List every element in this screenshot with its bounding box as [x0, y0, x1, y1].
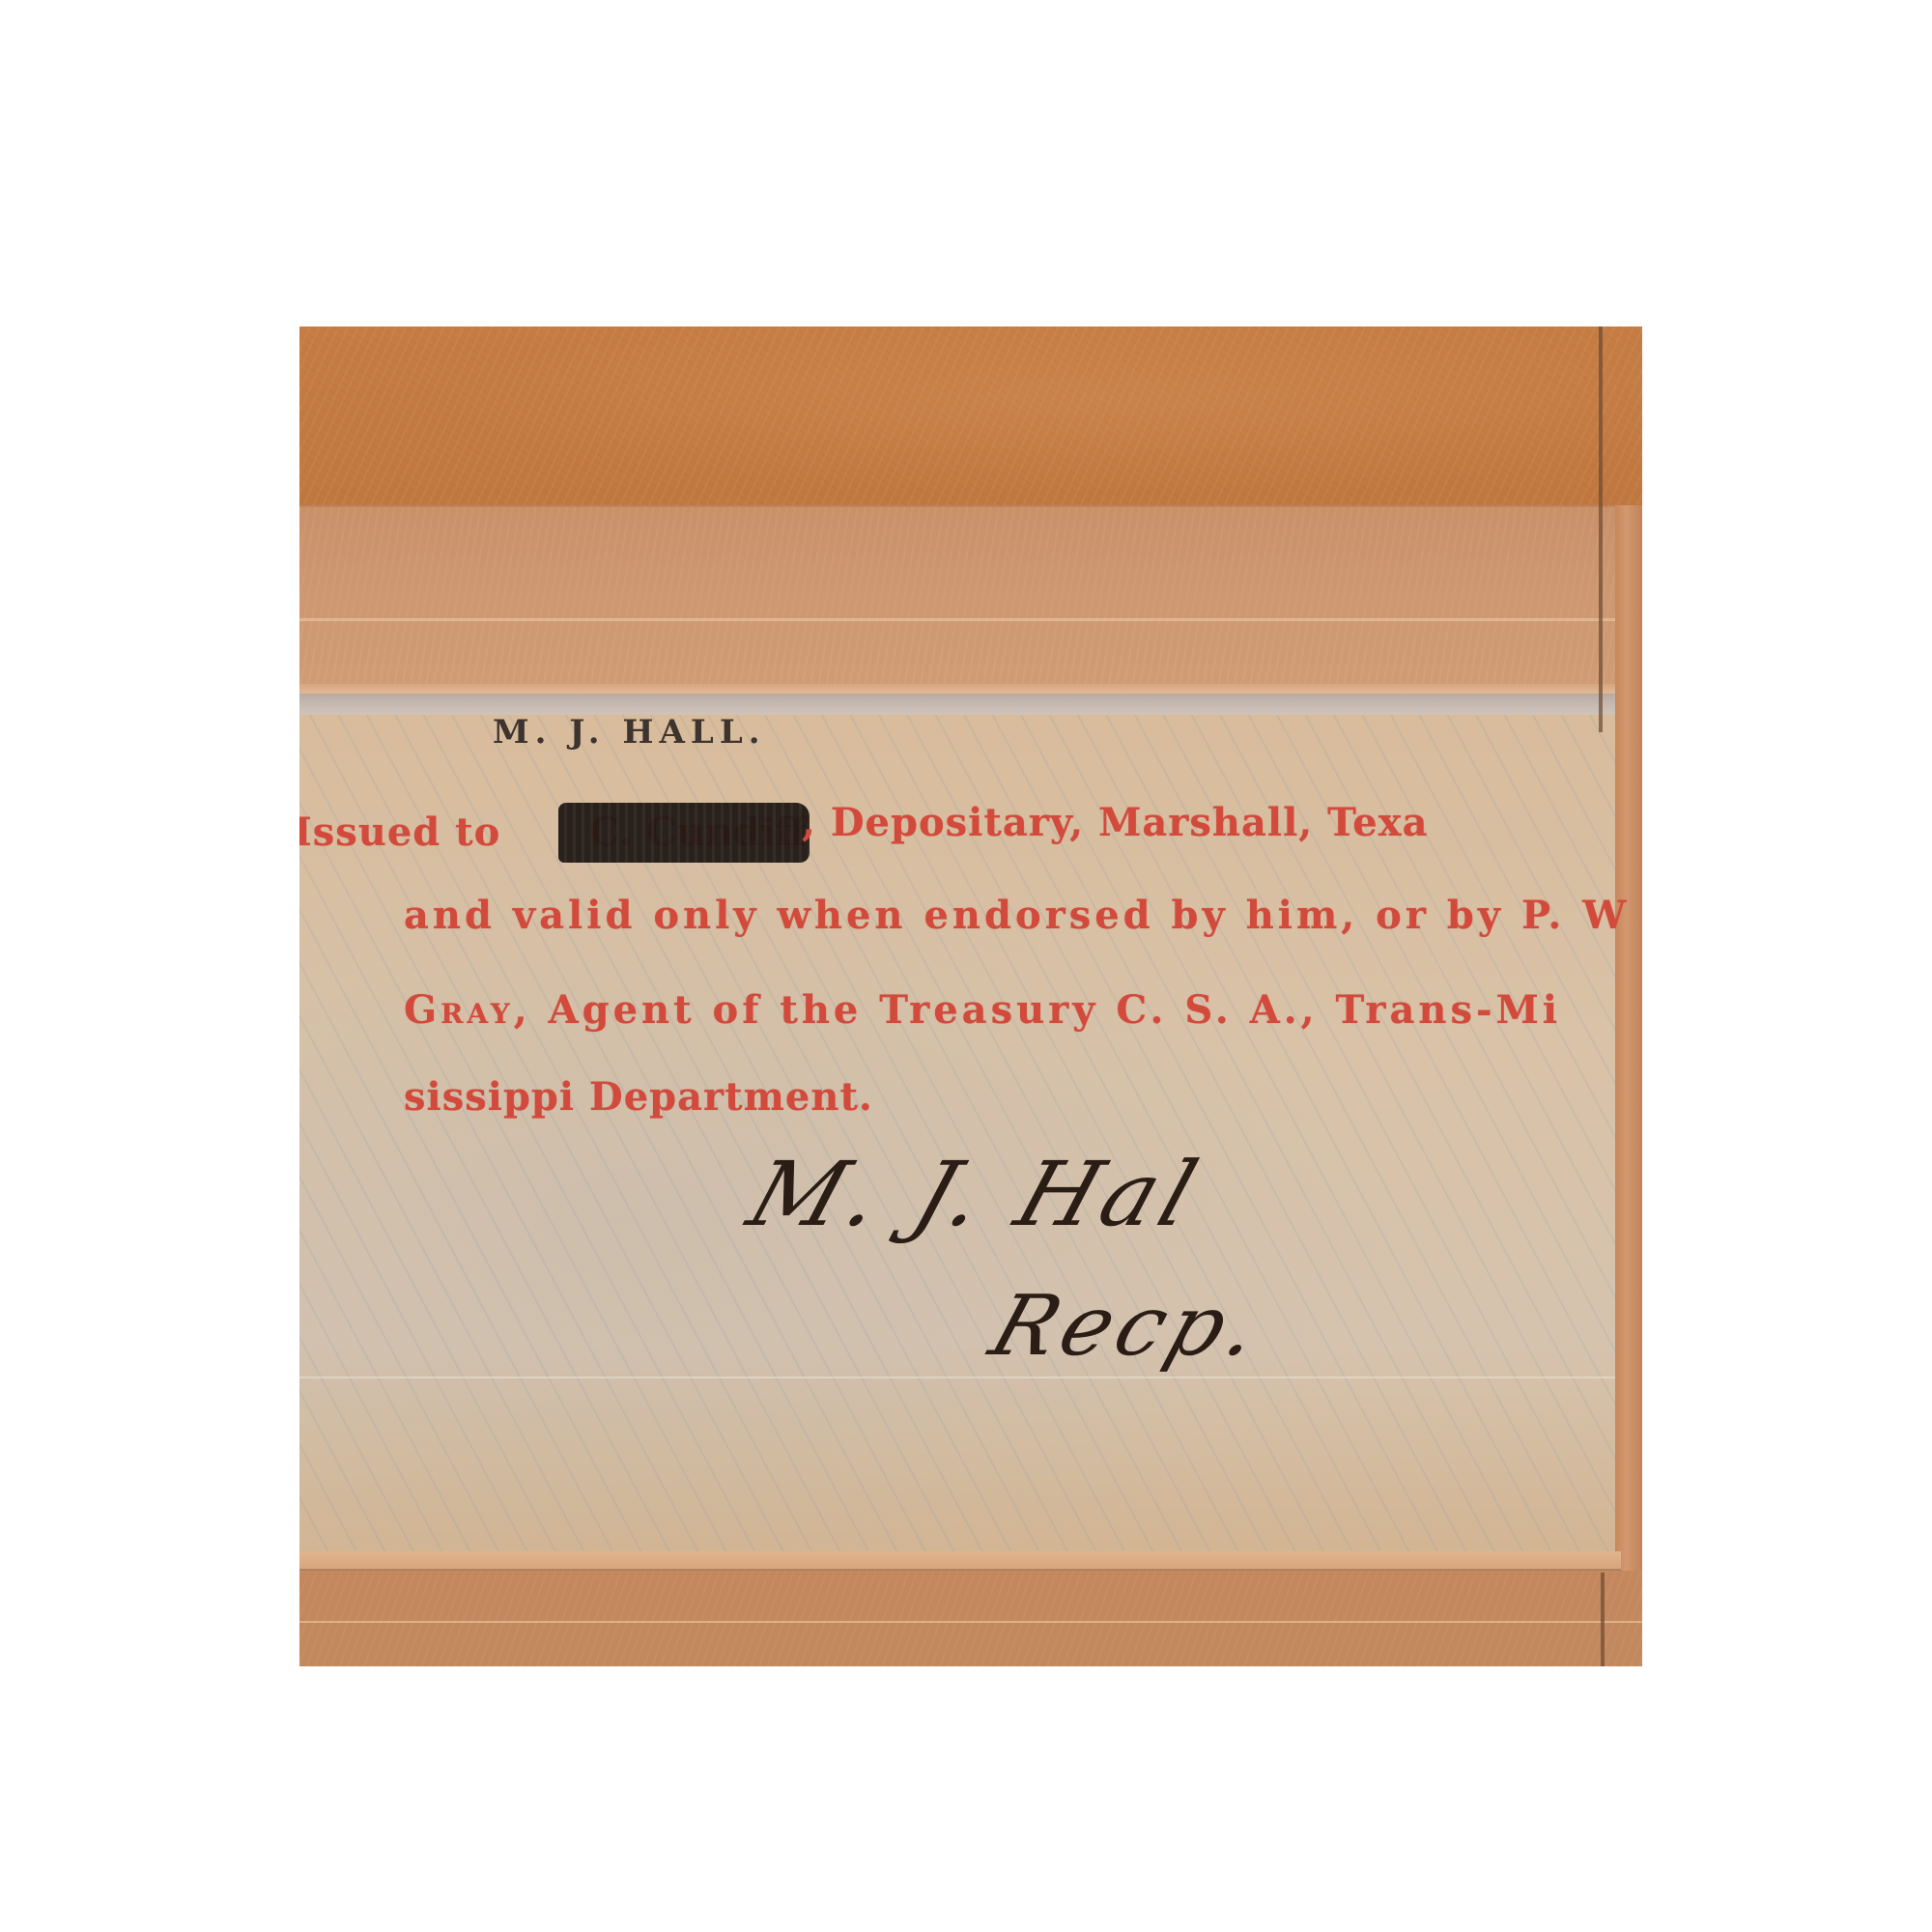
stamp-name: M. J. HALL.	[493, 713, 766, 752]
ink-rule-top	[1599, 327, 1603, 732]
tape-crease-line	[299, 618, 1615, 621]
kraft-mat-top	[299, 327, 1642, 510]
signature-name: M. J. Hal	[737, 1143, 1214, 1246]
ink-rule-bottom	[1601, 1573, 1605, 1666]
document-photo: M. J. HALL. Issued to C. Cundiff , Depos…	[299, 327, 1642, 1666]
tape-edge	[299, 684, 1615, 694]
print-line-3-rest: , Agent of the Treasury C. S. A., Trans-…	[514, 987, 1561, 1033]
paper-fold	[299, 1377, 1623, 1378]
hinge-tape-bottom-edge	[299, 1551, 1621, 1572]
print-line-3: Gray, Agent of the Treasury C. S. A., Tr…	[404, 987, 1561, 1033]
hinge-tape-top	[299, 505, 1615, 696]
kraft-mat-right	[1615, 505, 1642, 1573]
kraft-mat-bottom	[299, 1571, 1642, 1666]
print-line-3-gray: Gray	[404, 987, 514, 1033]
print-line-1-prefix: Issued to	[299, 810, 500, 855]
print-line-4: sissippi Department.	[404, 1074, 873, 1120]
print-line-1-suffix: , Depositary, Marshall, Texa	[802, 800, 1429, 845]
signature-title: Recp.	[980, 1278, 1278, 1375]
ink-smudge	[558, 803, 810, 863]
mat-crease-line	[299, 1621, 1642, 1623]
print-line-2: and valid only when endorsed by him, or …	[404, 893, 1630, 938]
